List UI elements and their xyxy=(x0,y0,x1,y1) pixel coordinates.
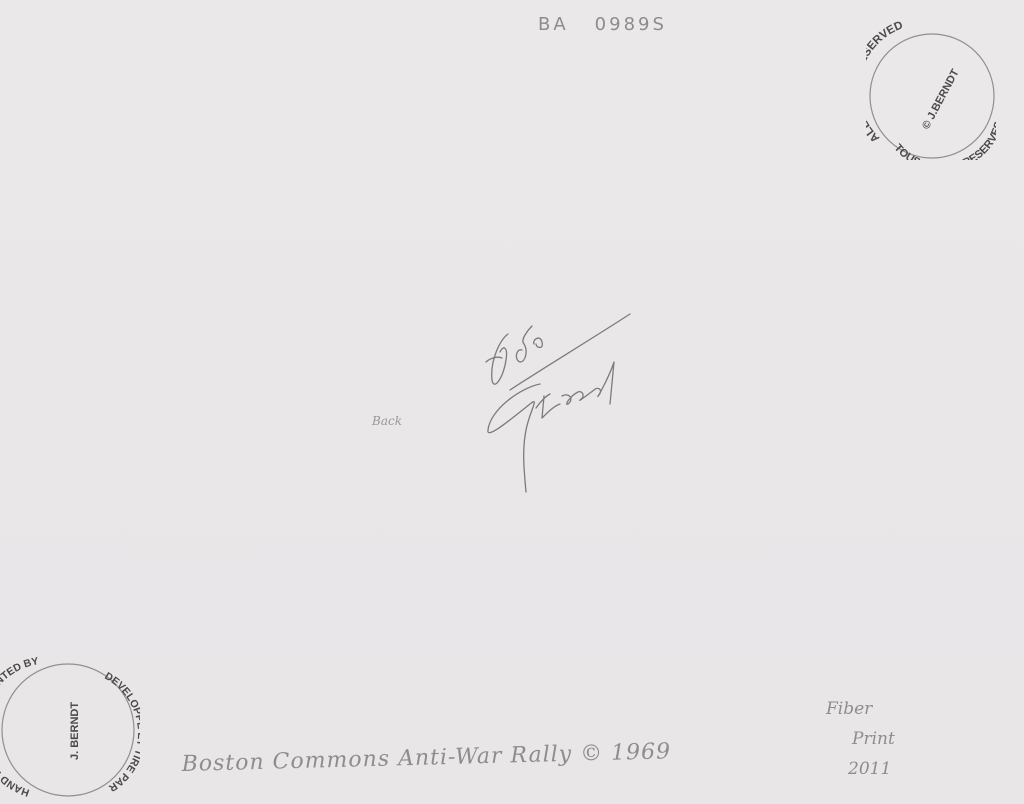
signature: Jeff Albertson xyxy=(470,300,670,500)
catalog-id: 0989S xyxy=(595,14,667,35)
printed-note-paper: Fiber xyxy=(826,694,895,724)
catalog-prefix: BA xyxy=(538,14,569,35)
printed-note: Fiber Print 2011 xyxy=(826,694,895,784)
stamp-text-printer: J. BERNDT xyxy=(69,702,81,760)
back-label: Back xyxy=(372,414,402,428)
caption: Boston Commons Anti-War Rally © 1969 xyxy=(181,739,671,777)
printed-note-print: Print xyxy=(826,724,895,754)
photo-verso: BA0989S Back Jeff Albertson Boston Commo… xyxy=(0,0,1024,804)
stamp-text-hand-developed: HAND DEVELOPED & PRINTED BY xyxy=(0,655,40,798)
stamp-text-owner: © J.BERNDT xyxy=(920,67,962,131)
printed-note-year: 2011 xyxy=(826,754,895,784)
printer-stamp: HAND DEVELOPED & PRINTED BY DEVELOPPE ET… xyxy=(0,650,140,804)
catalog-number: BA0989S xyxy=(538,14,667,35)
copyright-stamp: ALL RIGHTS RESERVED TOUS DROITS RESERVES… xyxy=(866,20,996,160)
stamp-text-tous-droits: TOUS DROITS RESERVES xyxy=(892,120,996,160)
